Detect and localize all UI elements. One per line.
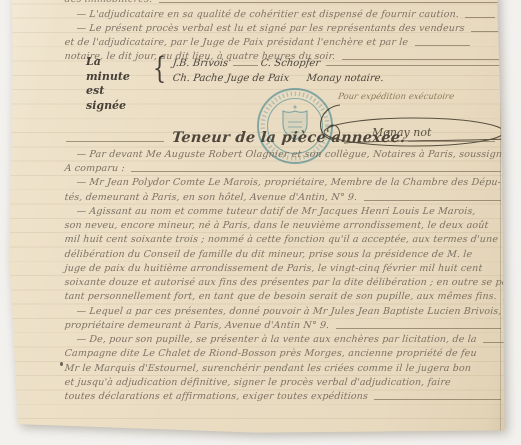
manuscript-line: mil huit cent soixante trois ; nommé à c…	[64, 233, 503, 246]
signature-schopfer: C. Schopfer	[260, 58, 321, 69]
manuscript-line: — Le présent procès verbal est lu et sig…	[64, 22, 503, 35]
signature-pache: Ch. Pache Juge de Paix	[172, 73, 290, 84]
ink-speck	[60, 362, 63, 366]
manuscript-line: A comparu :	[64, 162, 503, 175]
manuscript-line: — De, pour son pupille, se présenter à l…	[64, 333, 503, 346]
manuscript-line: — L'adjudicataire en sa qualité de cohér…	[64, 8, 503, 21]
manuscript-line: — Par devant Me Auguste Robert Olagnier …	[64, 148, 503, 161]
manuscript-line: et jusqu'à adjudication définitive, sign…	[64, 376, 503, 389]
manuscript-line: tant personnellement fort, en tant que d…	[64, 290, 503, 303]
document-scan: des immobilières. — L'adjudicataire en s…	[0, 0, 521, 445]
manuscript-line: et de l'adjudicataire, par le Juge de Pa…	[64, 36, 503, 49]
manuscript-line: propriétaire demeurant à Paris, Avenue d…	[64, 319, 503, 332]
manuscript-line: délibération du Conseil de famille du di…	[64, 248, 503, 261]
brace-glyph: {	[153, 51, 166, 86]
manuscript-line: juge de paix du huitième arrondissement …	[64, 262, 503, 275]
signature-row: Ch. Pache Juge de Paix Monay notaire.	[172, 71, 503, 84]
manuscript-line: — Lequel a par ces présentes, donné pouv…	[64, 305, 503, 318]
manuscript-line: Campagne dite Le Chalet de Riond-Bosson …	[64, 347, 503, 360]
annex-heading: Teneur de la pièce annexée.	[171, 129, 406, 146]
manuscript-page: des immobilières. — L'adjudicataire en s…	[6, 0, 506, 438]
annex-heading-row: Teneur de la pièce annexée.	[64, 129, 503, 146]
manuscript-line: — Agissant au nom et comme tuteur datif …	[64, 205, 503, 218]
manuscript-line: soixante douze et autorisé aux fins des …	[64, 276, 503, 289]
signature-monay: Monay notaire.	[306, 73, 384, 84]
page-edge-line	[508, 0, 509, 445]
manuscript-line: — Mr Jean Polydor Comte Le Marois, propr…	[64, 176, 503, 189]
manuscript-line: son neveu, encore mineur, né à Paris, da…	[64, 219, 503, 232]
manuscript-line: tés, demeurant à Paris, en son hôtel, Av…	[64, 191, 503, 204]
signature-brivois: J.B. Brivois	[172, 58, 229, 69]
signature-row: J.B. Brivois C. Schopfer	[172, 56, 503, 69]
manuscript-line: toutes déclarations et affirmations, exi…	[64, 390, 503, 403]
manuscript-line: des immobilières.	[64, 0, 503, 6]
minute-signed-label: La minute est signée	[86, 55, 148, 113]
manuscript-line: Mr le Marquis d'Estournel, surenchérir p…	[64, 362, 503, 375]
